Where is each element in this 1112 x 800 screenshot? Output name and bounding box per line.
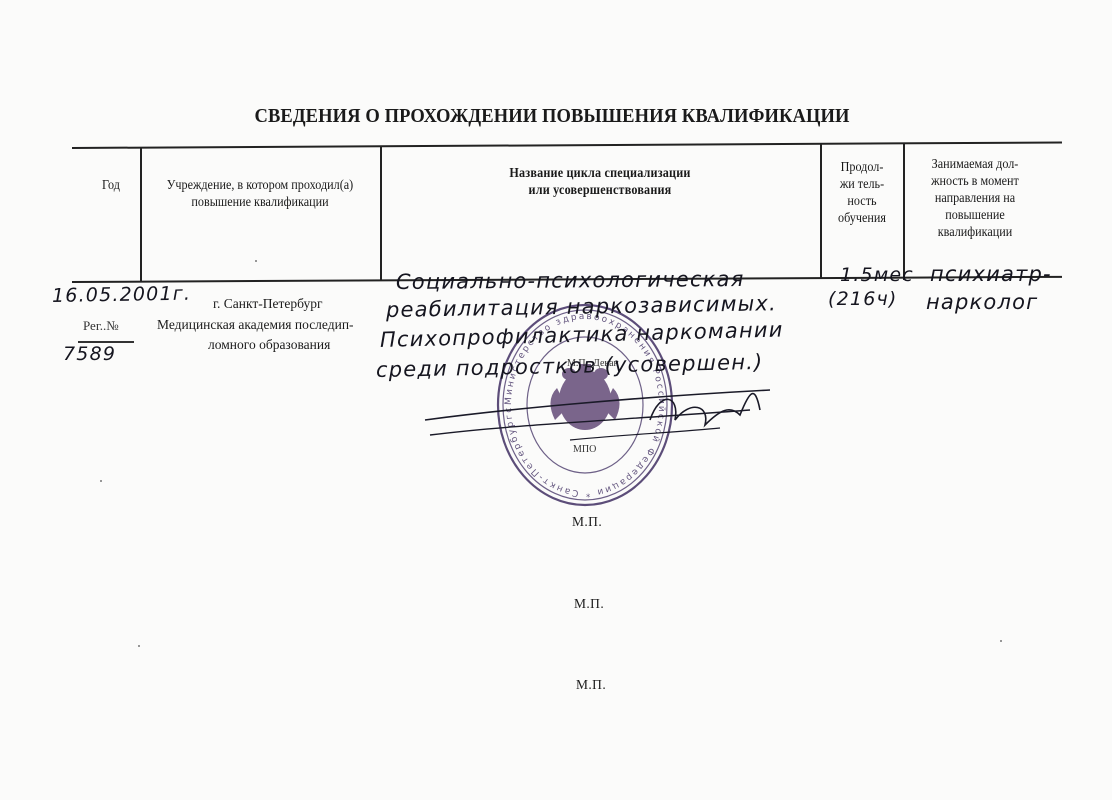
column-header-year-text: Год [102, 177, 120, 192]
header-line: повышение квалификации [154, 193, 366, 210]
header-line: Продол- [826, 158, 898, 175]
duration-line-2: (216ч) [828, 288, 898, 310]
header-line: жи тель- [826, 175, 898, 192]
header-line: направления на [912, 189, 1038, 206]
entry-date: 16.05.2001г. [52, 283, 192, 307]
header-line: Занимаемая дол- [912, 155, 1038, 172]
column-header-course: Название цикла специализации или усоверш… [404, 164, 796, 198]
header-line: повышение [912, 206, 1038, 223]
header-line: обучения [826, 209, 898, 226]
duration-line-1: 1.5мес [840, 264, 914, 286]
scan-speck [100, 480, 102, 482]
course-line-1: Социально-психологическая [396, 267, 745, 294]
column-divider-2 [380, 146, 382, 281]
header-line: Название цикла специализации [404, 164, 796, 181]
registration-label: Рег..№ [83, 318, 119, 334]
column-divider-4 [903, 143, 905, 280]
seal-placeholder-mark-2: М.П. [574, 596, 604, 612]
course-line-4: среди подростков (усовершен.) [376, 350, 764, 382]
position-line-1: психиатр- [930, 262, 1052, 286]
scan-speck [1000, 640, 1002, 642]
seal-placeholder-mark-1: М.П. [572, 514, 602, 530]
column-header-year: Год [90, 176, 131, 193]
registration-number: 7589 [63, 343, 116, 365]
header-line: ность [826, 192, 898, 209]
scan-speck [138, 645, 140, 647]
column-header-duration: Продол- жи тель- ность обучения [826, 158, 898, 226]
institution-name-line-2: ломного образования [208, 337, 330, 353]
column-header-position: Занимаемая дол- жность в момент направле… [912, 155, 1038, 240]
signature [420, 380, 780, 450]
header-line: квалификации [912, 223, 1038, 240]
position-line-2: нарколог [926, 290, 1038, 314]
institution-city: г. Санкт-Петербург [213, 296, 323, 312]
column-divider-1 [140, 147, 142, 282]
header-line: Учреждение, в котором проходил(а) [154, 176, 366, 193]
course-line-2: реабилитация наркозависимых. [386, 291, 777, 322]
institution-name-line-1: Медицинская академия последип- [157, 317, 354, 333]
scan-speck [255, 260, 257, 262]
table-top-rule [72, 141, 1062, 149]
header-line: жность в момент [912, 172, 1038, 189]
header-line: или усовершенствования [404, 181, 796, 198]
document-title: СВЕДЕНИЯ О ПРОХОЖДЕНИИ ПОВЫШЕНИЯ КВАЛИФИ… [229, 106, 875, 128]
column-divider-3 [820, 143, 822, 279]
column-header-institution: Учреждение, в котором проходил(а) повыше… [154, 176, 366, 210]
seal-placeholder-mark-3: М.П. [576, 677, 606, 693]
